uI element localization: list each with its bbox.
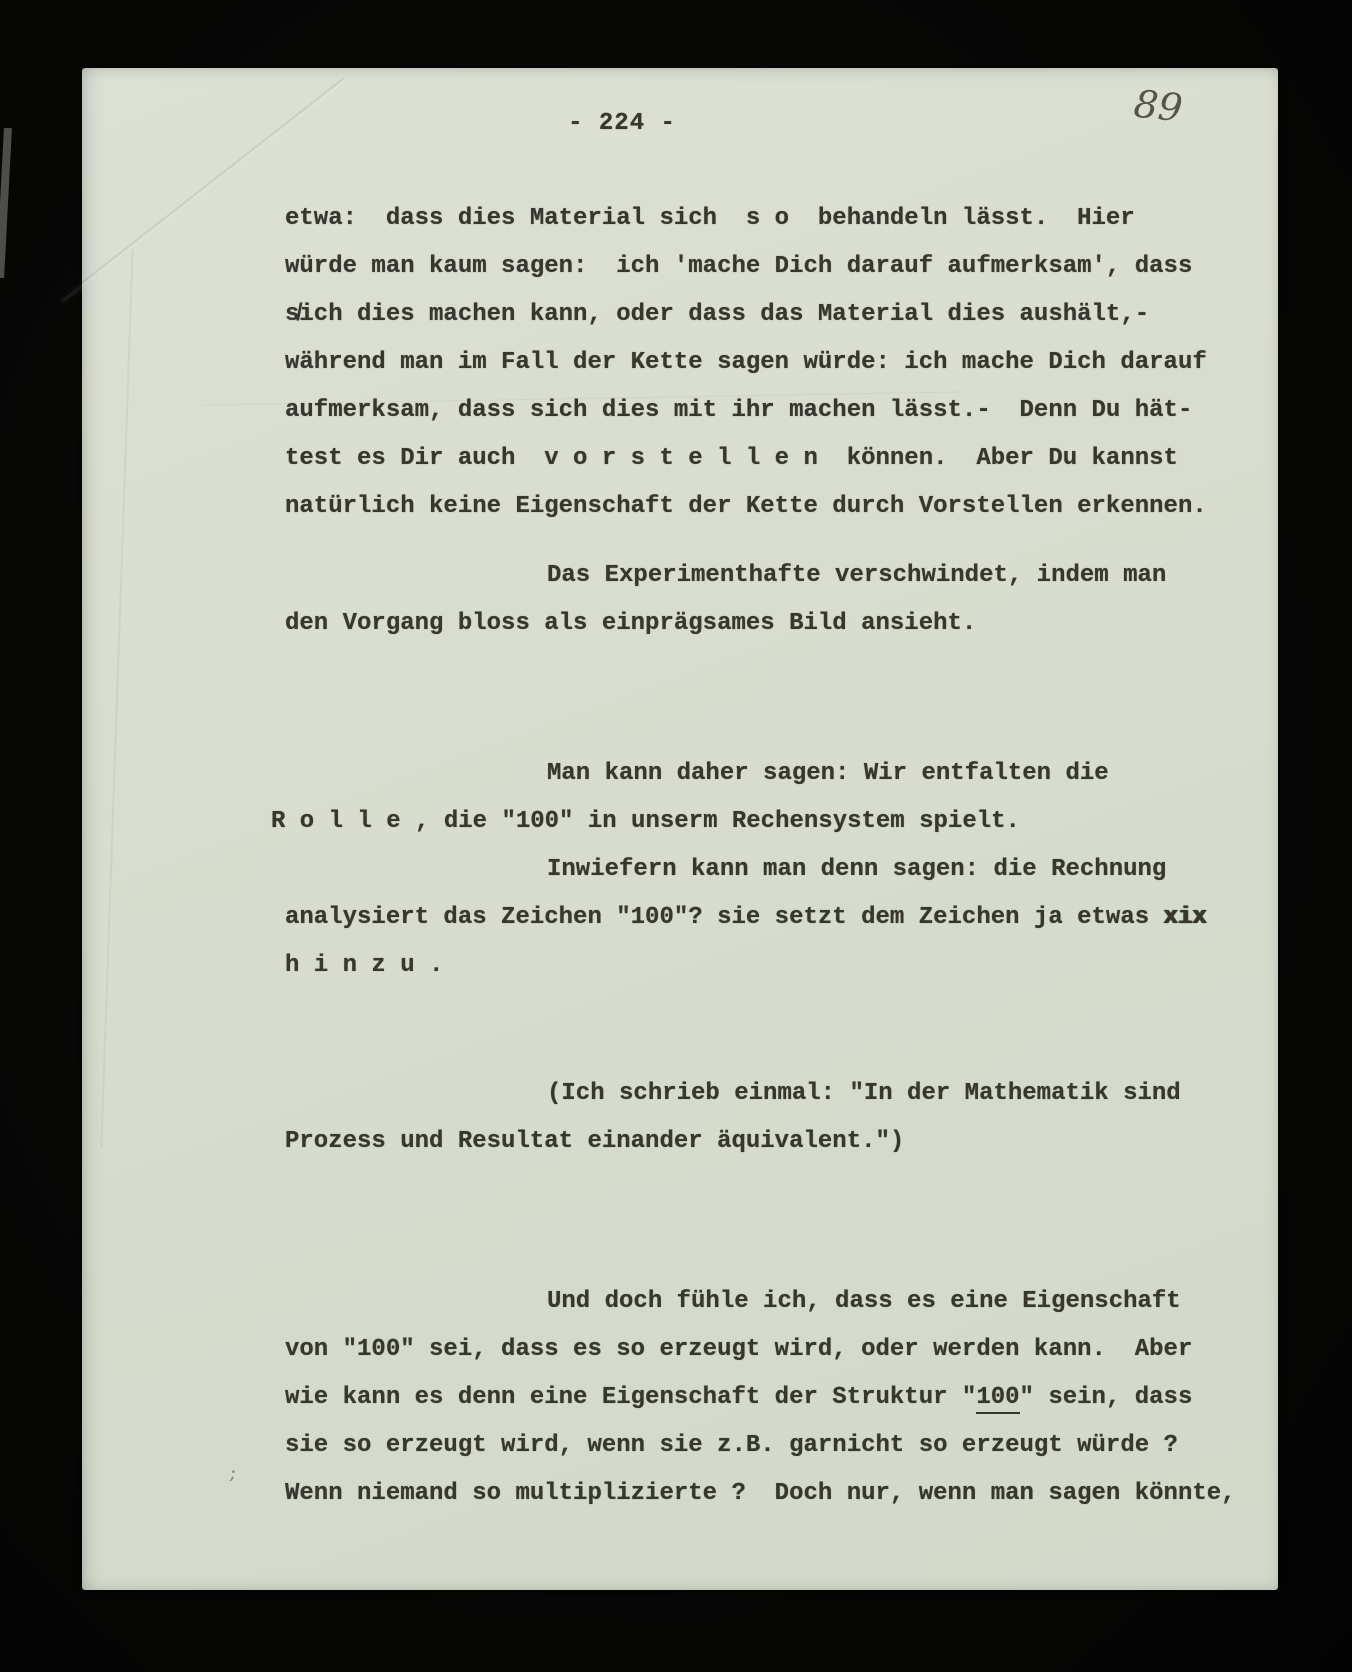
- document-body: etwa: dass dies Material sich s o behand…: [285, 195, 1295, 1518]
- text-line: analysiert das Zeichen "100"? sie setzt …: [285, 894, 1295, 942]
- adjacent-page-edge: [0, 128, 12, 278]
- text-line: (Ich schrieb einmal: "In der Mathematik …: [285, 1070, 1295, 1118]
- page-number: - 224 -: [82, 110, 1162, 137]
- text-line: aufmerksam, dass sich dies mit ihr mache…: [285, 387, 1295, 435]
- text-segment: " sein, dass: [1020, 1384, 1193, 1411]
- paragraph-2: Das Experimenthafte verschwindet, indem …: [285, 552, 1295, 648]
- text-line: Inwiefern kann man denn sagen: die Rechn…: [285, 846, 1295, 894]
- photo-background: 89 - 224 - etwa: dass dies Material sich…: [0, 0, 1352, 1672]
- text-line: s̸ich dies machen kann, oder dass das Ma…: [285, 291, 1295, 339]
- text-line: während man im Fall der Kette sagen würd…: [285, 339, 1295, 387]
- text-line: sie so erzeugt wird, wenn sie z.B. garni…: [285, 1422, 1295, 1470]
- paragraph-3: Man kann daher sagen: Wir entfalten die …: [285, 750, 1295, 846]
- text-line: würde man kaum sagen: ich 'mache Dich da…: [285, 243, 1295, 291]
- overstruck-text: xix: [1164, 904, 1207, 931]
- text-line: etwa: dass dies Material sich s o behand…: [285, 195, 1295, 243]
- text-segment: wie kann es denn eine Eigenschaft der St…: [285, 1384, 976, 1411]
- document-page: 89 - 224 - etwa: dass dies Material sich…: [82, 68, 1278, 1590]
- text-line: Und doch fühle ich, dass es eine Eigensc…: [285, 1278, 1295, 1326]
- text-line: Das Experimenthafte verschwindet, indem …: [285, 552, 1295, 600]
- paragraph-5: (Ich schrieb einmal: "In der Mathematik …: [285, 1070, 1295, 1166]
- text-line: Prozess und Resultat einander äquivalent…: [285, 1118, 1295, 1166]
- paragraph-1: etwa: dass dies Material sich s o behand…: [285, 195, 1295, 531]
- underlined-term: 100: [976, 1384, 1019, 1414]
- paragraph-6: Und doch fühle ich, dass es eine Eigensc…: [285, 1278, 1295, 1518]
- paper-crease: [100, 248, 133, 1148]
- text-line: von "100" sei, dass es so erzeugt wird, …: [285, 1326, 1295, 1374]
- text-line: wie kann es denn eine Eigenschaft der St…: [285, 1374, 1295, 1422]
- text-line: R o l l e , die "100" in unserm Rechensy…: [271, 798, 1295, 846]
- text-line: test es Dir auch v o r s t e l l e n kön…: [285, 435, 1295, 483]
- paragraph-4: Inwiefern kann man denn sagen: die Rechn…: [285, 846, 1295, 990]
- text-line: Man kann daher sagen: Wir entfalten die: [285, 750, 1295, 798]
- text-line: natürlich keine Eigenschaft der Kette du…: [285, 483, 1295, 531]
- text-line: Wenn niemand so multiplizierte ? Doch nu…: [285, 1470, 1295, 1518]
- text-segment: analysiert das Zeichen "100"? sie setzt …: [285, 904, 1164, 931]
- text-line: den Vorgang bloss als einprägsames Bild …: [285, 600, 1295, 648]
- text-line: h i n z u .: [285, 942, 1295, 990]
- margin-mark: ;: [228, 1460, 238, 1485]
